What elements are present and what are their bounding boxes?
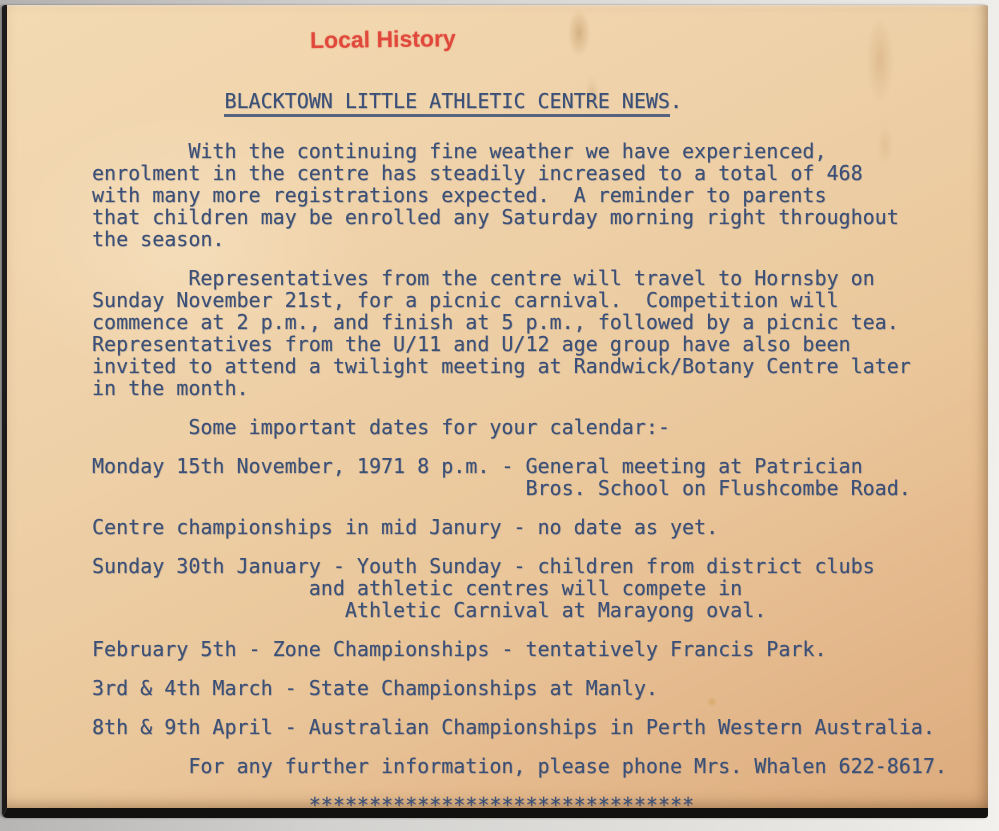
document-line: enrolment in the centre has steadily inc…	[92, 162, 988, 184]
document-line: Sunday 30th January - Youth Sunday - chi…	[92, 555, 988, 577]
paragraph: 8th & 9th April - Australian Championshi…	[92, 716, 988, 738]
scanned-photo: Local History BLACKTOWN LITTLE ATHLETIC …	[0, 0, 999, 831]
paragraph: Sunday 30th January - Youth Sunday - chi…	[92, 555, 988, 621]
document-text: BLACKTOWN LITTLE ATHLETIC CENTRE NEWS. W…	[7, 5, 988, 808]
document-line: and athletic centres will compete in	[92, 577, 988, 599]
title-text: BLACKTOWN LITTLE ATHLETIC CENTRE NEWS	[224, 89, 670, 117]
document-line: For any further information, please phon…	[92, 755, 988, 777]
paragraph: Centre championships in mid Janury - no …	[92, 516, 988, 538]
document-line: Representatives from the centre will tra…	[92, 267, 988, 289]
document-line: February 5th - Zone Championships - tent…	[92, 638, 988, 660]
document-body: With the continuing fine weather we have…	[92, 140, 988, 816]
document-line: invited to attend a twilight meeting at …	[92, 355, 988, 377]
document-line: 8th & 9th April - Australian Championshi…	[92, 716, 988, 738]
paragraph: ********************************	[92, 794, 988, 816]
document-line: Bros. School on Flushcombe Road.	[92, 477, 988, 499]
document-line: Some important dates for your calendar:-	[92, 416, 988, 438]
paragraph: February 5th - Zone Championships - tent…	[92, 638, 988, 660]
paragraph: 3rd & 4th March - State Championships at…	[92, 677, 988, 699]
title-period: .	[670, 89, 682, 113]
paragraph: Monday 15th November, 1971 8 p.m. - Gene…	[92, 455, 988, 499]
document-line: Sunday November 21st, for a picnic carni…	[92, 289, 988, 311]
document-line: that children may be enrolled any Saturd…	[92, 206, 988, 228]
paragraph: Some important dates for your calendar:-	[92, 416, 988, 438]
document-line: With the continuing fine weather we have…	[92, 140, 988, 162]
paragraph: Representatives from the centre will tra…	[92, 267, 988, 399]
document-paper: Local History BLACKTOWN LITTLE ATHLETIC …	[2, 5, 988, 818]
document-line: 3rd & 4th March - State Championships at…	[92, 677, 988, 699]
document-line: in the month.	[92, 377, 988, 399]
paragraph: For any further information, please phon…	[92, 755, 988, 777]
document-line: ********************************	[92, 794, 988, 816]
document-line: Athletic Carnival at Marayong oval.	[92, 599, 988, 621]
document-line: Representatives from the U/11 and U/12 a…	[92, 333, 988, 355]
document-line: the season.	[92, 228, 988, 250]
document-line: with many more registrations expected. A…	[92, 184, 988, 206]
document-line: Centre championships in mid Janury - no …	[92, 516, 988, 538]
title-indent	[92, 89, 224, 113]
paragraph: With the continuing fine weather we have…	[92, 140, 988, 250]
document-line: commence at 2 p.m., and finish at 5 p.m.…	[92, 311, 988, 333]
document-title: BLACKTOWN LITTLE ATHLETIC CENTRE NEWS.	[92, 90, 988, 116]
document-line: Monday 15th November, 1971 8 p.m. - Gene…	[92, 455, 988, 477]
